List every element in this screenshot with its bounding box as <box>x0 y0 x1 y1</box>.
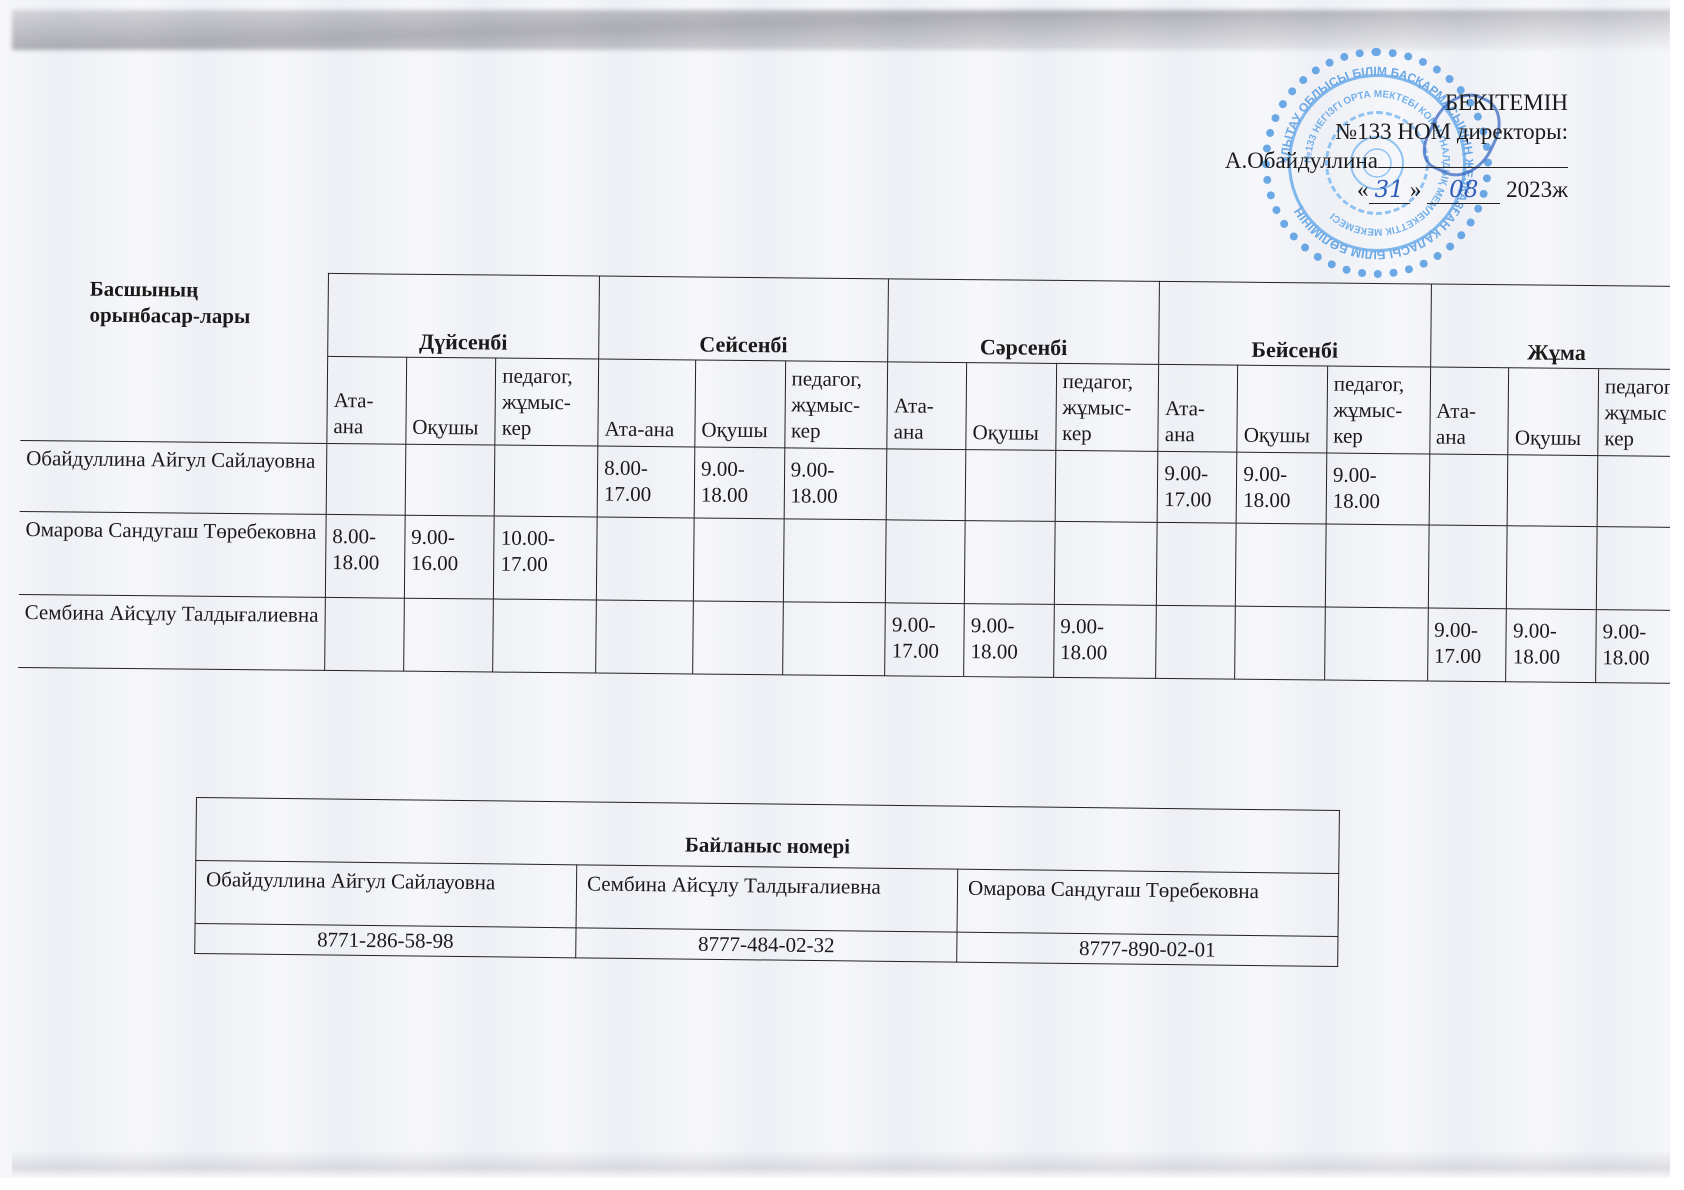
schedule-cell: 9.00-16.00 <box>404 515 494 599</box>
approval-date: «31» 08 2023ж <box>1225 175 1568 205</box>
date-year: 2023ж <box>1506 177 1568 202</box>
day-header-tuesday: Сейсенбі <box>599 276 889 362</box>
subheader-staff: педагог, жұмыс-кер <box>495 358 599 446</box>
date-month: 08 <box>1427 177 1500 204</box>
schedule-cell <box>1428 525 1508 609</box>
contact-numbers-table: Байланыс номері Обайдуллина Айгул Сайлау… <box>194 797 1340 967</box>
scan-shadow-top <box>12 10 1672 50</box>
schedule-cell <box>1325 524 1428 608</box>
schedule-cell <box>886 520 966 604</box>
subheader-parents: Ата-ана <box>887 362 967 450</box>
schedule-cell <box>1236 523 1326 607</box>
schedule-cell <box>596 600 694 674</box>
subheader-parents: Ата-ана <box>1429 367 1509 455</box>
approval-name: А.Обайдуллина <box>1225 148 1378 173</box>
schedule-cell: 9.00-18.00 <box>964 604 1054 678</box>
table-row: Омарова Сандугаш Төребековна 8.00-18.00 … <box>19 511 1681 610</box>
schedule-cell <box>1508 455 1598 527</box>
schedule-cell <box>1055 450 1158 522</box>
schedule-cell <box>596 517 694 601</box>
schedule-cell: 8.00-17.00 <box>597 446 695 518</box>
approval-signer: А.Обайдуллина <box>1225 146 1568 175</box>
subheader-parents: Ата-ана <box>1158 364 1238 452</box>
schedule-cell <box>1324 607 1427 681</box>
schedule-cell <box>1156 605 1236 679</box>
schedule-cell: 10.00-17.00 <box>494 516 597 600</box>
date-day: 31 <box>1369 177 1410 204</box>
reception-schedule-table: Басшының орынбасар-лары Дүйсенбі Сейсенб… <box>18 270 1684 684</box>
approval-position: №133 НОМ директоры: <box>1225 117 1568 146</box>
schedule-cell <box>403 598 493 672</box>
schedule-cell <box>1235 606 1325 680</box>
schedule-cell <box>405 444 495 516</box>
schedule-cell <box>783 519 886 603</box>
schedule-cell <box>1054 521 1157 605</box>
day-header-thursday: Бейсенбі <box>1159 281 1431 367</box>
day-header-friday: Жұма <box>1430 284 1683 369</box>
day-header-wednesday: Сәрсенбі <box>888 279 1160 365</box>
deputy-name: Обайдуллина Айгул Сайлауовна <box>20 440 327 514</box>
schedule-cell: 9.00-17.00 <box>1158 451 1238 523</box>
schedule-cell <box>782 602 885 676</box>
schedule-cell: 9.00-18.00 <box>1596 610 1681 684</box>
schedule-cell: 9.00-18.00 <box>694 447 784 519</box>
schedule-cell <box>1157 522 1237 606</box>
schedule-cell <box>1596 527 1681 611</box>
subheader-parents: Ата-ана <box>327 356 407 444</box>
contact-phone: 8777-890-02-01 <box>957 932 1338 966</box>
schedule-cell <box>325 597 405 671</box>
schedule-cell: 9.00-17.00 <box>885 603 965 677</box>
contact-name: Сембина Айсұлу Талдығалиевна <box>576 865 958 932</box>
signature-line-2 <box>1488 149 1568 168</box>
approval-block: БЕКІТЕМІН №133 НОМ директоры: А.Обайдулл… <box>1225 88 1568 205</box>
schedule-cell <box>965 450 1055 522</box>
schedule-cell: 9.00-18.00 <box>1236 452 1326 524</box>
subheader-students: Оқушы <box>966 363 1056 451</box>
schedule-cell <box>493 599 596 673</box>
scan-shadow-bottom <box>12 1150 1672 1180</box>
table-row: Сембина Айсұлу Талдығалиевна 9.00-17.00 … <box>18 594 1680 683</box>
deputies-column-header: Басшының орынбасар-лары <box>20 270 328 443</box>
schedule-cell: 9.00-18.00 <box>1053 604 1156 678</box>
day-header-monday: Дүйсенбі <box>328 273 600 359</box>
schedule-cell <box>964 521 1054 605</box>
contact-phone: 8771-286-58-98 <box>195 923 576 957</box>
subheader-students: Оқушы <box>1508 368 1598 456</box>
contact-phone: 8777-484-02-32 <box>576 928 957 962</box>
subheader-staff: педагог, жұмыс-кер <box>1327 366 1431 454</box>
subheader-students: Оқушы <box>1237 365 1327 453</box>
schedule-cell: 9.00-18.00 <box>1506 609 1596 683</box>
subheader-parents: Ата-ана <box>598 359 696 447</box>
schedule-cell <box>693 518 783 602</box>
subheader-staff: педагог, жұмыс-кер <box>1056 363 1160 451</box>
page-edge <box>1670 0 1684 1190</box>
schedule-day-header-row: Басшының орынбасар-лары Дүйсенбі Сейсенб… <box>21 270 1683 369</box>
schedule-cell: 9.00-18.00 <box>1326 453 1429 525</box>
signature-line <box>1378 149 1488 168</box>
approval-heading: БЕКІТЕМІН <box>1225 88 1568 117</box>
subheader-students: Оқушы <box>695 360 785 448</box>
schedule-cell <box>495 445 598 517</box>
deputy-name: Сембина Айсұлу Талдығалиевна <box>18 594 325 670</box>
schedule-cell: 9.00-17.00 <box>1427 608 1507 682</box>
schedule-cell <box>693 601 783 675</box>
deputy-name: Омарова Сандугаш Төребековна <box>19 511 326 597</box>
schedule-cell <box>1429 454 1509 526</box>
contact-name: Обайдуллина Айгул Сайлауовна <box>195 861 577 928</box>
contact-name: Омарова Сандугаш Төребековна <box>957 869 1339 936</box>
schedule-cell <box>1507 526 1597 610</box>
subheader-staff: педагог, жұмыс-кер <box>784 361 888 449</box>
schedule-cell: 8.00-18.00 <box>325 514 405 598</box>
page-edge <box>0 1178 1684 1190</box>
subheader-students: Оқушы <box>406 357 496 445</box>
schedule-cell: 9.00-18.00 <box>784 448 887 520</box>
schedule-cell <box>326 443 406 515</box>
schedule-cell <box>886 449 966 521</box>
